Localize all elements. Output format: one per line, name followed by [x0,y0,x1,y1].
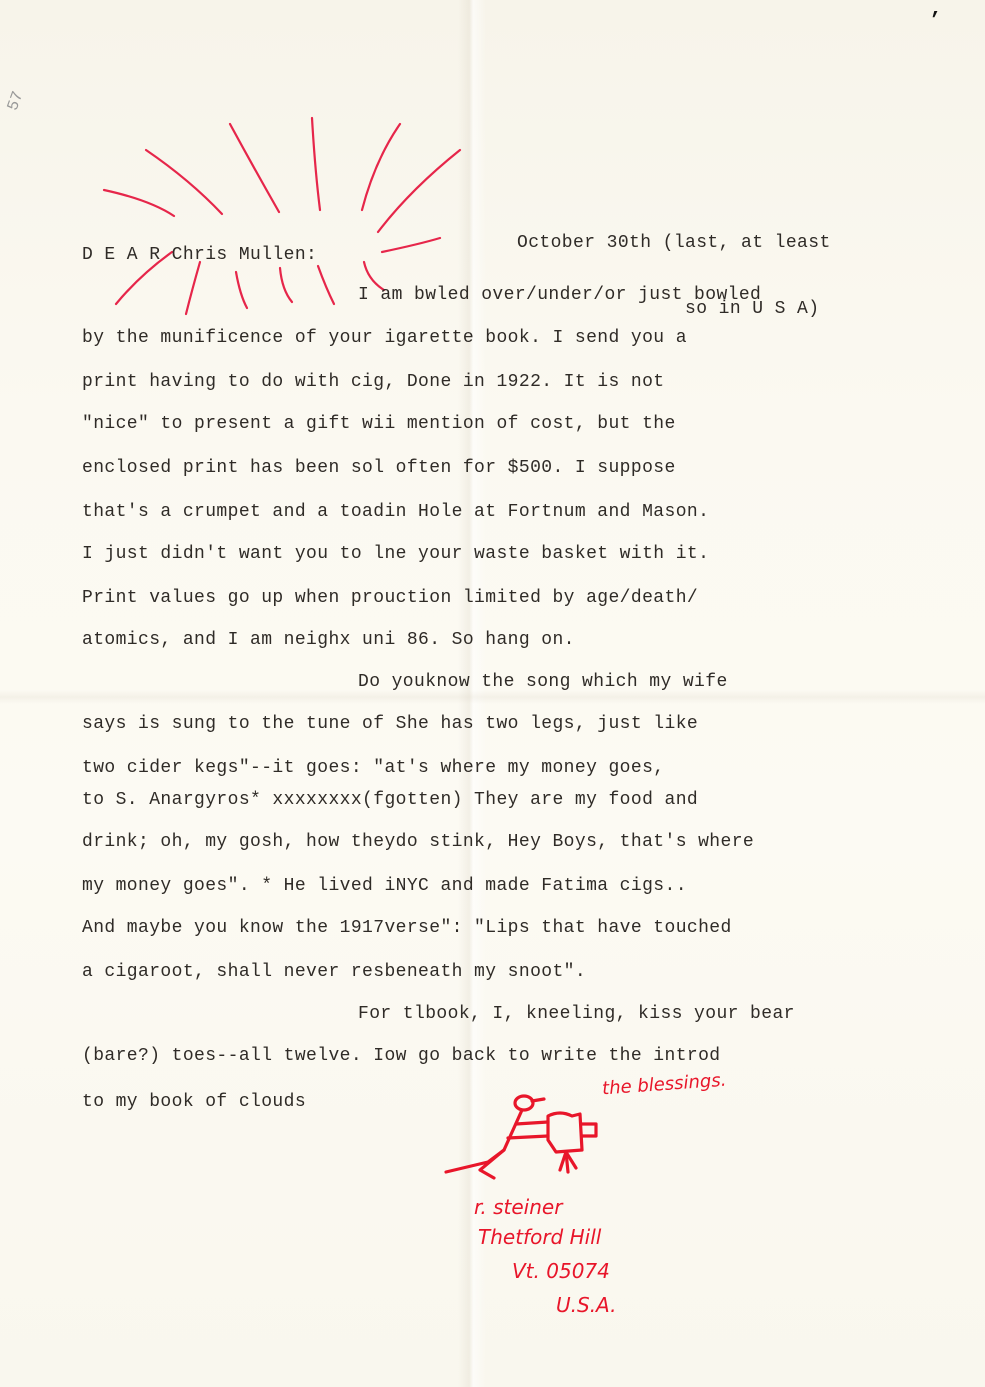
address-line-state-zip: Vt. 05074 [512,1256,610,1286]
address-line-town: Thetford Hill [478,1222,601,1252]
address-line-name: r. steiner [474,1192,562,1222]
address-line-country: U.S.A. [556,1290,616,1320]
stick-figure-camera-icon [0,0,985,1387]
